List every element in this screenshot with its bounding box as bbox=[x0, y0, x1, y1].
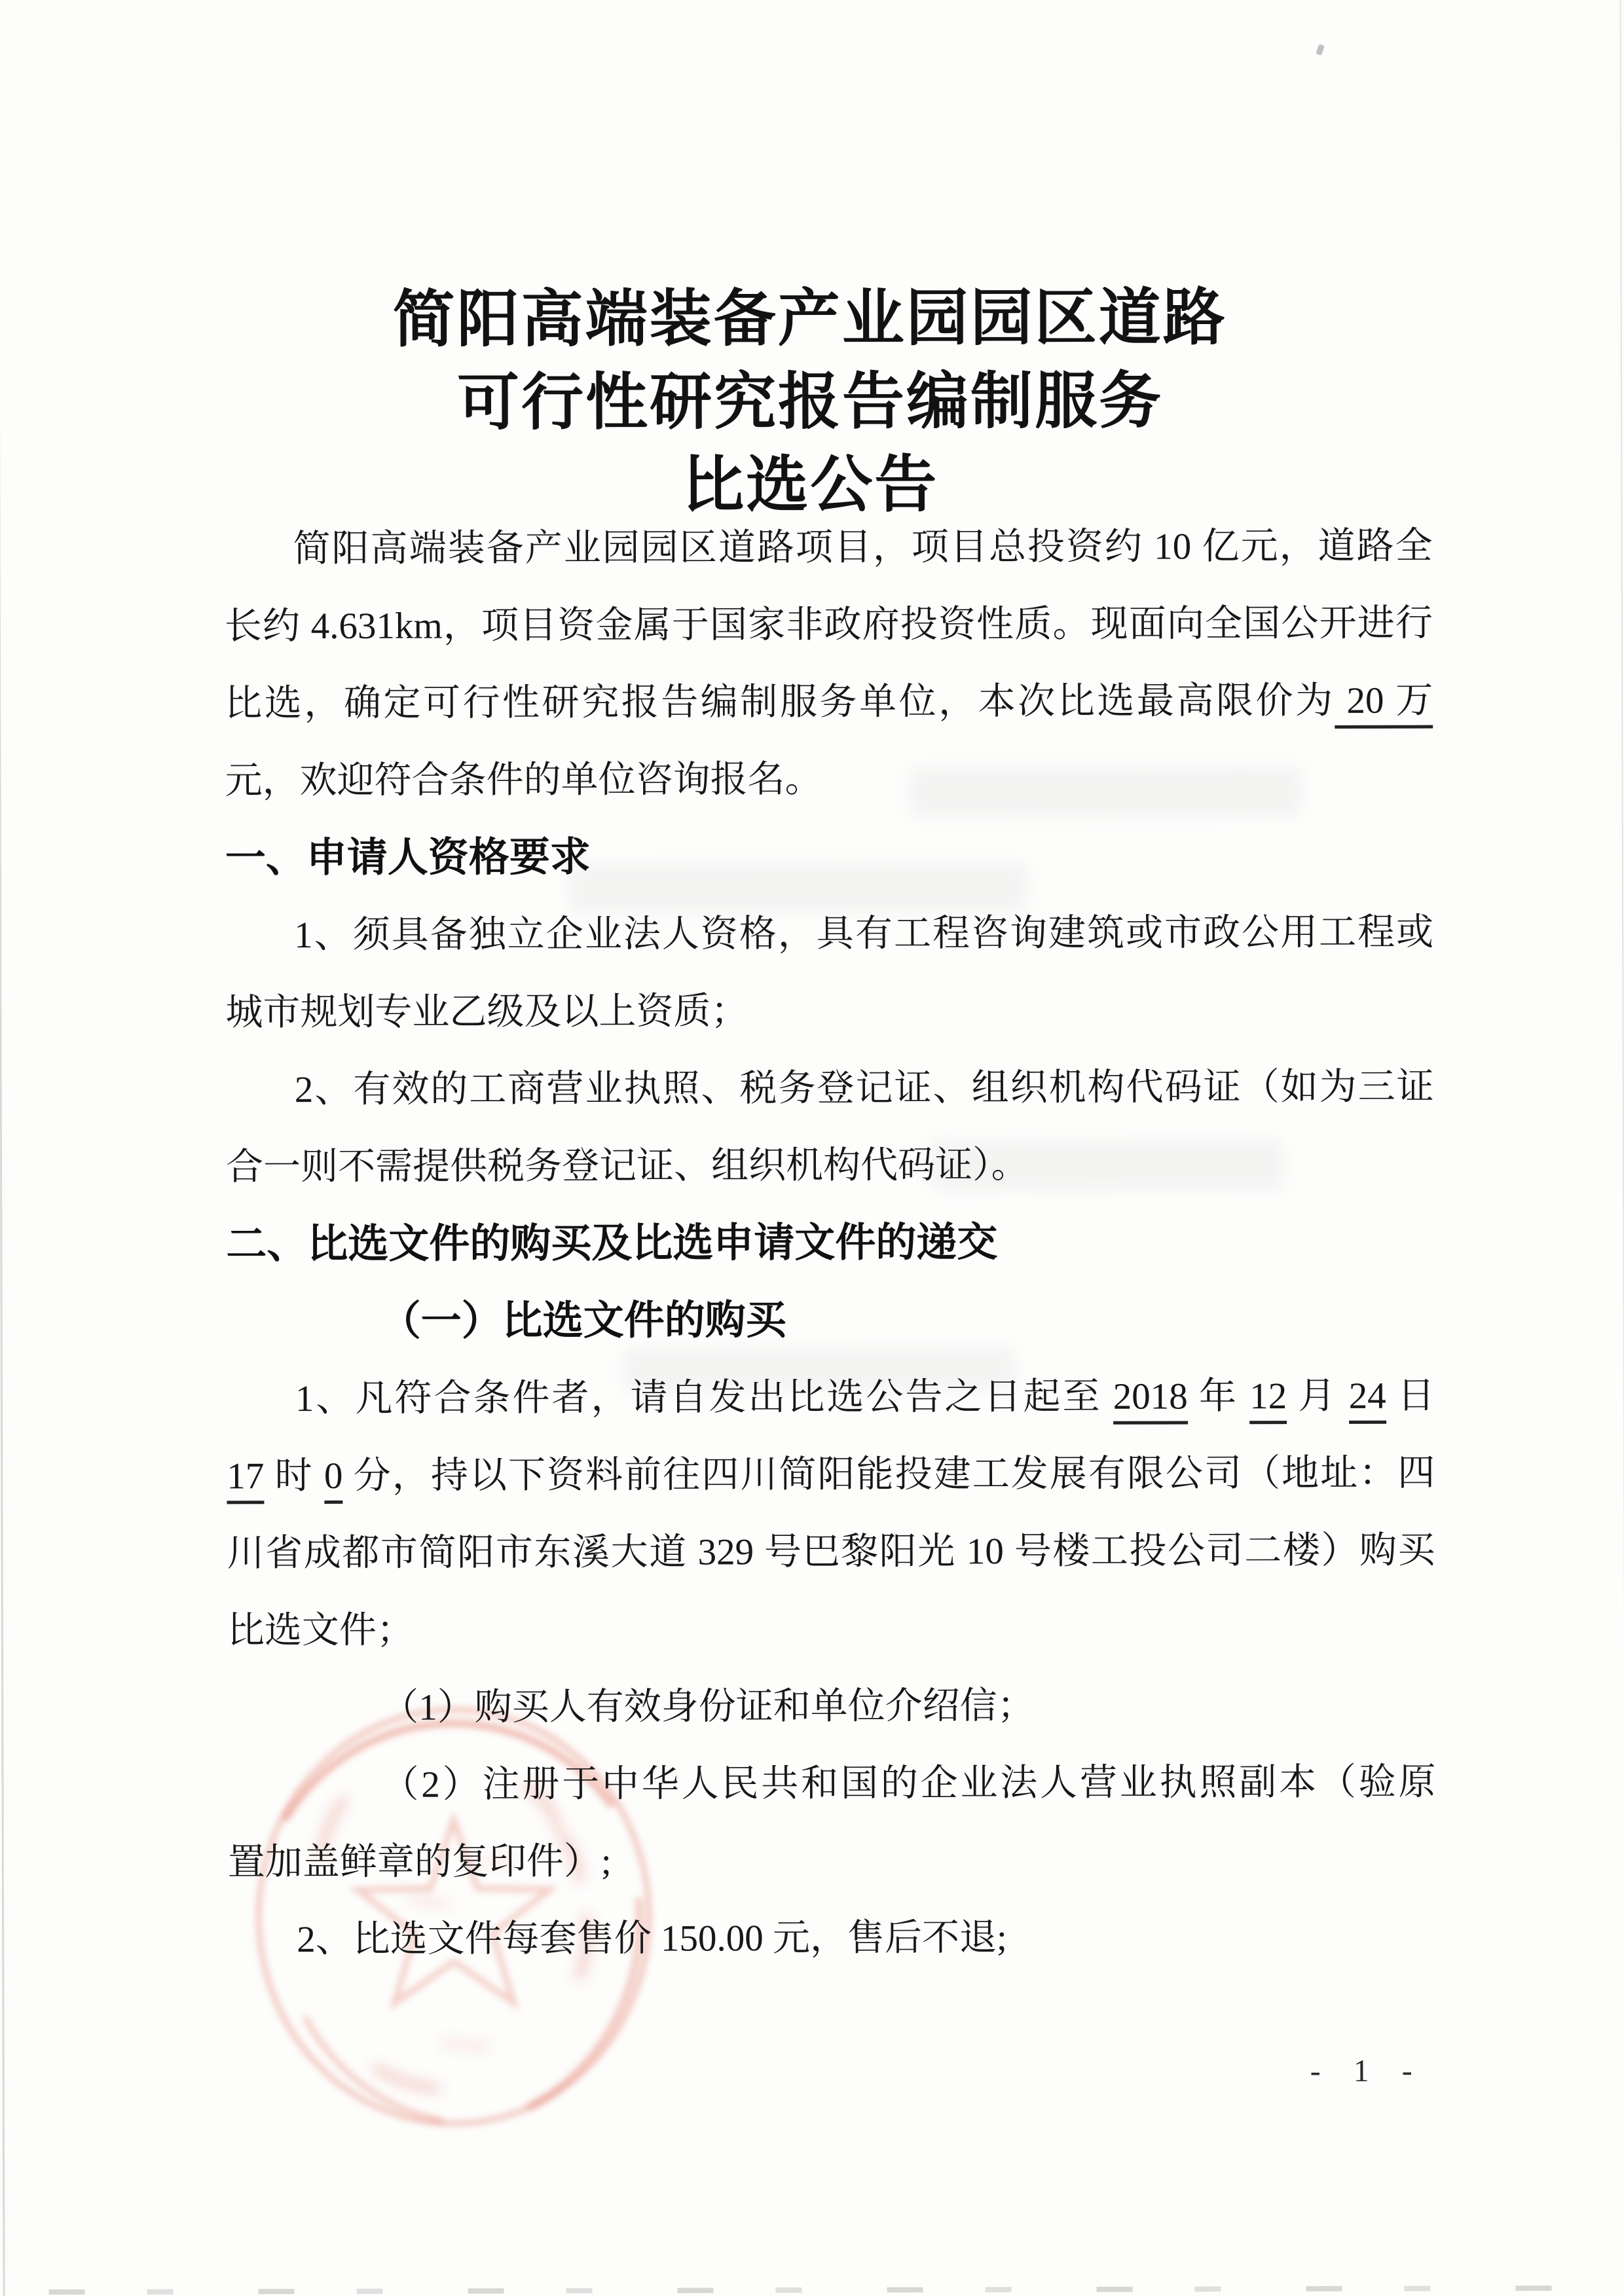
intro-line-3: 比选，确定可行性研究报告编制服务单位，本次比选最高限价为 20 万 bbox=[225, 663, 1433, 743]
scanned-document-page: 简阳高端装备产业园园区道路 可行性研究报告编制服务 比选公告 简阳高端装备产业园… bbox=[0, 0, 1624, 2296]
document-body: 简阳高端装备产业园园区道路项目，项目总投资约 10 亿元，道路全长约 4.631… bbox=[224, 508, 1436, 1979]
text-run: 1、凡符合条件者，请自发出比选公告之日起至 bbox=[295, 1376, 1113, 1419]
intro-line-1: 简阳高端装备产业园园区道路项目，项目总投资约 10 亿元，道路全 bbox=[224, 508, 1432, 589]
text-run: （2）注册于中华人民共和国的企业法人营业执照副本（验原件，留 bbox=[381, 1762, 1435, 1825]
text-run: 分，持以下资料前往四川简阳能投建工发展有限公司（地址：四 bbox=[342, 1453, 1435, 1497]
text-run: 城市规划专业乙级及以上资质； bbox=[225, 991, 748, 1033]
text-run: 时 bbox=[264, 1455, 324, 1497]
underlined-text: 17 bbox=[227, 1455, 264, 1504]
text-run: 2、有效的工商营业执照、税务登记证、组织机构代码证（如为三证 bbox=[295, 1066, 1434, 1111]
purchase-material-2-line-2: 置加盖鲜章的复印件）; bbox=[228, 1821, 1436, 1902]
text-run: 简阳高端装备产业园园区道路项目，项目总投资约 10 亿元，道路全 bbox=[293, 526, 1433, 570]
page-number: - 1 - bbox=[1286, 2052, 1443, 2089]
text-run: 比选，确定可行性研究报告编制服务单位，本次比选最高限价为 bbox=[225, 680, 1335, 724]
purchase-item-2: 2、比选文件每套售价 150.00 元，售后不退; bbox=[228, 1899, 1436, 1979]
text-run: 月 bbox=[1287, 1376, 1349, 1417]
text-run: 二、比选文件的购买及比选申请文件的递交 bbox=[226, 1220, 997, 1267]
text-run: 合一则不需提供税务登记证、组织机构代码证）。 bbox=[226, 1144, 1029, 1188]
underlined-text: 12 bbox=[1249, 1376, 1287, 1424]
purchase-material-2-line-1: （2）注册于中华人民共和国的企业法人营业执照副本（验原件，留 bbox=[227, 1744, 1435, 1825]
underlined-text: 20 万 bbox=[1335, 680, 1433, 729]
text-run: 长约 4.631km，项目资金属于国家非政府投资性质。现面向全国公开进行 bbox=[225, 603, 1433, 647]
text-run: 日 bbox=[1386, 1376, 1435, 1417]
qualification-item-2-line-1: 2、有效的工商营业执照、税务登记证、组织机构代码证（如为三证 bbox=[226, 1049, 1434, 1129]
document-title: 简阳高端装备产业园园区道路 可行性研究报告编制服务 比选公告 bbox=[0, 276, 1623, 529]
underlined-text: 0 bbox=[324, 1455, 343, 1504]
text-run: 比选文件； bbox=[227, 1610, 414, 1652]
qualification-item-1-line-1: 1、须具备独立企业法人资格，具有工程咨询建筑或市政公用工程或 bbox=[225, 894, 1433, 975]
purchase-item-1-line-4: 比选文件； bbox=[227, 1590, 1435, 1670]
underlined-text: 2018 bbox=[1113, 1376, 1188, 1424]
title-line: 可行性研究报告编制服务 bbox=[0, 359, 1622, 446]
purchase-item-1-line-1: 1、凡符合条件者，请自发出比选公告之日起至 2018 年 12 月 24 日 bbox=[227, 1358, 1435, 1438]
intro-line-4: 元，欢迎符合条件的单位咨询报名。 bbox=[225, 740, 1433, 820]
purchase-item-1-line-3: 川省成都市简阳市东溪大道 329 号巴黎阳光 10 号楼工投公司二楼）购买 bbox=[227, 1512, 1435, 1593]
text-run: （一）比选文件的购买 bbox=[380, 1298, 786, 1344]
text-run: （1）购买人有效身份证和单位介绍信； bbox=[381, 1685, 1035, 1728]
text-run: 元，欢迎符合条件的单位咨询报名。 bbox=[225, 759, 822, 801]
title-line: 简阳高端装备产业园园区道路 bbox=[0, 276, 1622, 363]
section-2-heading: 二、比选文件的购买及比选申请文件的递交 bbox=[226, 1203, 1434, 1284]
text-run: 1、须具备独立企业法人资格，具有工程咨询建筑或市政公用工程或 bbox=[294, 912, 1433, 957]
purchase-item-1-line-2: 17 时 0 分，持以下资料前往四川简阳能投建工发展有限公司（地址：四 bbox=[227, 1435, 1435, 1516]
purchase-material-1: （1）购买人有效身份证和单位介绍信； bbox=[227, 1667, 1435, 1747]
text-run: 一、申请人资格要求 bbox=[225, 835, 591, 881]
scan-edge-artifact-bottom bbox=[49, 2286, 1575, 2295]
text-run: 置加盖鲜章的复印件）; bbox=[228, 1841, 612, 1884]
scan-speck-artifact bbox=[1316, 44, 1325, 56]
text-run: 川省成都市简阳市东溪大道 329 号巴黎阳光 10 号楼工投公司二楼）购买 bbox=[227, 1530, 1435, 1575]
text-run: 年 bbox=[1188, 1376, 1250, 1417]
intro-line-2: 长约 4.631km，项目资金属于国家非政府投资性质。现面向全国公开进行 bbox=[225, 585, 1433, 666]
section-1-heading: 一、申请人资格要求 bbox=[225, 817, 1433, 898]
text-run: 2、比选文件每套售价 150.00 元，售后不退; bbox=[297, 1917, 1007, 1960]
underlined-text: 24 bbox=[1349, 1376, 1386, 1424]
qualification-item-2-line-2: 合一则不需提供税务登记证、组织机构代码证）。 bbox=[226, 1126, 1434, 1207]
section-2-1-heading: （一）比选文件的购买 bbox=[227, 1281, 1435, 1361]
qualification-item-1-line-2: 城市规划专业乙级及以上资质； bbox=[225, 972, 1433, 1052]
